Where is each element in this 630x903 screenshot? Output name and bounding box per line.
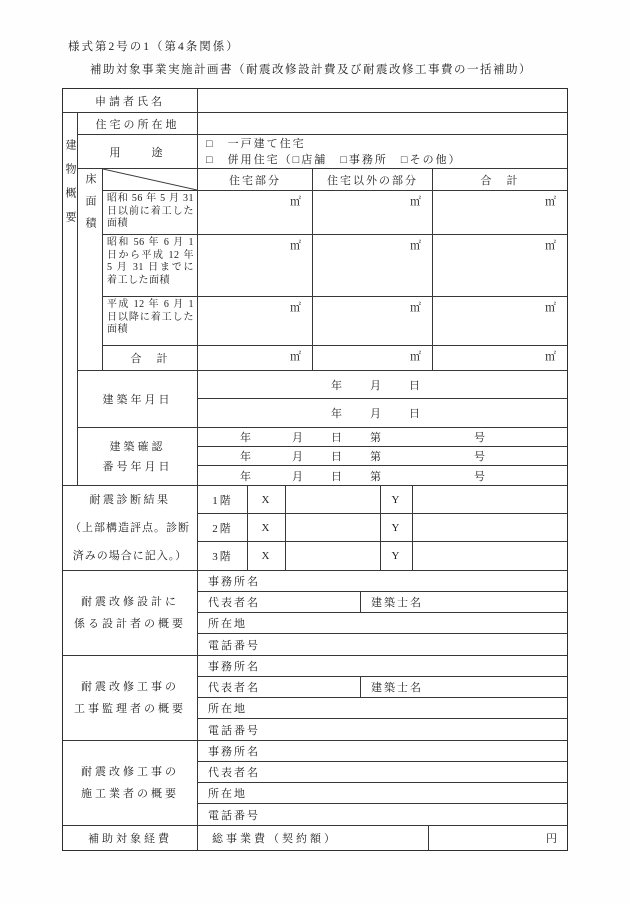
floor-area-vertical-label: 床面積 xyxy=(82,169,98,370)
diagnosis-row-floor1: 1階 X Y xyxy=(198,486,567,514)
floor-area-row2-label: 昭和 56 年 6 月 1 日から平成 12 年 5 月 31 日までに着工した… xyxy=(103,235,198,296)
floor1-label: 1階 xyxy=(198,486,248,513)
building-confirmation-section: 建築確認 番号年月日 年 月 日 第 号 年 月 日 第 号 年 月 日 第 号 xyxy=(78,428,567,485)
usage-option-detached-house: □ 一戸建て住宅 xyxy=(206,136,567,152)
form-number: 様式第2号の1（第4条関係） xyxy=(68,38,240,54)
designer-architect-label: 建築士名 xyxy=(361,592,567,612)
floor-area-total-label: 合 計 xyxy=(103,346,198,370)
x-axis-label: X xyxy=(248,542,286,570)
col-header-non-housing-part: 住宅以外の部分 xyxy=(313,169,433,190)
contractor-phone-label: 電話番号 xyxy=(198,804,567,825)
y-axis-label: Y xyxy=(381,486,413,513)
location-value-cell xyxy=(198,113,567,134)
floor2-x-value-cell xyxy=(286,514,381,541)
area-unit: ㎡ xyxy=(198,346,313,370)
total-cost-amount-cell: 円 xyxy=(429,826,567,850)
form-document-page: 様式第2号の1（第4条関係） 補助対象事業実施計画書（耐震改修設計費及び耐震改修… xyxy=(0,0,630,903)
floor-area-row1-label: 昭和 56 年 5 月 31 日以前に着工した面積 xyxy=(103,191,198,234)
supervisor-section: 耐震改修工事の 工事監理者の概要 事務所名 代表者名 建築士名 所在地 電話番号 xyxy=(63,656,567,741)
area-unit: ㎡ xyxy=(198,235,313,296)
col-header-total: 合 計 xyxy=(433,169,567,190)
floor-area-header-row: 住宅部分 住宅以外の部分 合 計 xyxy=(103,169,567,191)
usage-options-cell: □ 一戸建て住宅 □ 併用住宅（□店舗 □事務所 □その他） xyxy=(198,135,567,168)
floor2-y-value-cell xyxy=(413,514,567,541)
floor-area-row-before-s56: 昭和 56 年 5 月 31 日以前に着工した面積 ㎡ ㎡ ㎡ xyxy=(103,191,567,235)
applicant-name-value-cell xyxy=(198,89,567,112)
floor3-label: 3階 xyxy=(198,542,248,570)
construction-date-section: 建築年月日 年 月 日 年 月 日 xyxy=(78,371,567,428)
supervisor-address-label: 所在地 xyxy=(198,698,567,718)
floor1-y-value-cell xyxy=(413,486,567,513)
document-title: 補助対象事業実施計画書（耐震改修設計費及び耐震改修工事費の一括補助） xyxy=(90,61,532,77)
designer-office-label: 事務所名 xyxy=(198,571,567,591)
designer-section-label: 耐震改修設計に 係る設計者の概要 xyxy=(63,571,198,655)
location-label: 住宅の所在地 xyxy=(78,113,198,134)
construction-date-label: 建築年月日 xyxy=(78,371,198,427)
usage-label: 用 途 xyxy=(78,135,198,168)
construction-date-entry-2: 年 月 日 xyxy=(198,399,567,427)
area-unit: ㎡ xyxy=(433,346,567,370)
application-form-table: 申請者氏名 建物概要 住宅の所在地 用 途 □ 一戸建て住宅 □ 併用住宅（□店… xyxy=(62,88,568,851)
floor-area-strip: 床面積 xyxy=(78,169,103,370)
area-unit: ㎡ xyxy=(313,346,433,370)
designer-phone-label: 電話番号 xyxy=(198,634,567,655)
contractor-office-label: 事務所名 xyxy=(198,741,567,761)
diagnosis-row-floor3: 3階 X Y xyxy=(198,542,567,570)
total-project-cost-label: 総事業費（契約額） xyxy=(198,826,429,850)
area-unit: ㎡ xyxy=(313,191,433,234)
col-header-housing-part: 住宅部分 xyxy=(198,169,313,190)
applicant-name-label: 申請者氏名 xyxy=(63,89,198,112)
floor-area-row-after-h12: 平成 12 年 6 月 1 日以降に着工した面積 ㎡ ㎡ ㎡ xyxy=(103,297,567,346)
supervisor-phone-label: 電話番号 xyxy=(198,719,567,740)
area-unit: ㎡ xyxy=(313,235,433,296)
floor2-label: 2階 xyxy=(198,514,248,541)
supervisor-section-label: 耐震改修工事の 工事監理者の概要 xyxy=(63,656,198,740)
construction-date-entry-1: 年 月 日 xyxy=(198,371,567,398)
floor3-x-value-cell xyxy=(286,542,381,570)
confirmation-entry-3: 年 月 日 第 号 xyxy=(198,466,567,485)
designer-address-label: 所在地 xyxy=(198,613,567,633)
contractor-address-label: 所在地 xyxy=(198,783,567,803)
supervisor-office-label: 事務所名 xyxy=(198,656,567,676)
confirmation-entry-2: 年 月 日 第 号 xyxy=(198,447,567,465)
x-axis-label: X xyxy=(248,514,286,541)
contractor-section-label: 耐震改修工事の 施工業者の概要 xyxy=(63,741,198,825)
designer-section: 耐震改修設計に 係る設計者の概要 事務所名 代表者名 建築士名 所在地 電話番号 xyxy=(63,571,567,656)
subsidy-expense-row: 補助対象経費 総事業費（契約額） 円 xyxy=(63,826,567,850)
building-confirmation-label: 建築確認 番号年月日 xyxy=(78,428,198,485)
contractor-section: 耐震改修工事の 施工業者の概要 事務所名 代表者名 所在地 電話番号 xyxy=(63,741,567,826)
building-summary-strip: 建物概要 xyxy=(63,113,78,485)
applicant-row: 申請者氏名 xyxy=(63,89,567,113)
floor-area-diagonal-cell xyxy=(103,169,198,190)
diagonal-line xyxy=(103,169,197,190)
floor-area-row-s56-to-h12: 昭和 56 年 6 月 1 日から平成 12 年 5 月 31 日までに着工した… xyxy=(103,235,567,297)
subsidy-expense-label: 補助対象経費 xyxy=(63,826,198,850)
seismic-diagnosis-label: 耐震診断結果 （上部構造評点。診断 済みの場合に記入。） xyxy=(63,486,198,570)
building-summary-section: 建物概要 住宅の所在地 用 途 □ 一戸建て住宅 □ 併用住宅（□店舗 □事務所… xyxy=(63,113,567,486)
x-axis-label: X xyxy=(248,486,286,513)
y-axis-label: Y xyxy=(381,514,413,541)
floor-area-row3-label: 平成 12 年 6 月 1 日以降に着工した面積 xyxy=(103,297,198,345)
floor-area-total-row: 合 計 ㎡ ㎡ ㎡ xyxy=(103,346,567,370)
floor-area-section: 床面積 住宅部分 住宅以外の部分 合 計 昭和 56 年 5 月 31 xyxy=(78,169,567,371)
area-unit: ㎡ xyxy=(198,191,313,234)
supervisor-representative-label: 代表者名 xyxy=(198,677,361,697)
diagnosis-row-floor2: 2階 X Y xyxy=(198,514,567,542)
area-unit: ㎡ xyxy=(198,297,313,345)
designer-representative-label: 代表者名 xyxy=(198,592,361,612)
area-unit: ㎡ xyxy=(433,191,567,234)
confirmation-entry-1: 年 月 日 第 号 xyxy=(198,428,567,446)
contractor-representative-label: 代表者名 xyxy=(198,762,567,782)
building-summary-vertical-label: 建物概要 xyxy=(62,113,78,485)
floor1-x-value-cell xyxy=(286,486,381,513)
floor3-y-value-cell xyxy=(413,542,567,570)
area-unit: ㎡ xyxy=(313,297,433,345)
y-axis-label: Y xyxy=(381,542,413,570)
location-row: 住宅の所在地 xyxy=(78,113,567,135)
supervisor-architect-label: 建築士名 xyxy=(361,677,567,697)
usage-row: 用 途 □ 一戸建て住宅 □ 併用住宅（□店舗 □事務所 □その他） xyxy=(78,135,567,169)
seismic-diagnosis-section: 耐震診断結果 （上部構造評点。診断 済みの場合に記入。） 1階 X Y 2階 X… xyxy=(63,486,567,571)
area-unit: ㎡ xyxy=(433,297,567,345)
usage-option-mixed-use-house: □ 併用住宅（□店舗 □事務所 □その他） xyxy=(206,152,567,168)
area-unit: ㎡ xyxy=(433,235,567,296)
